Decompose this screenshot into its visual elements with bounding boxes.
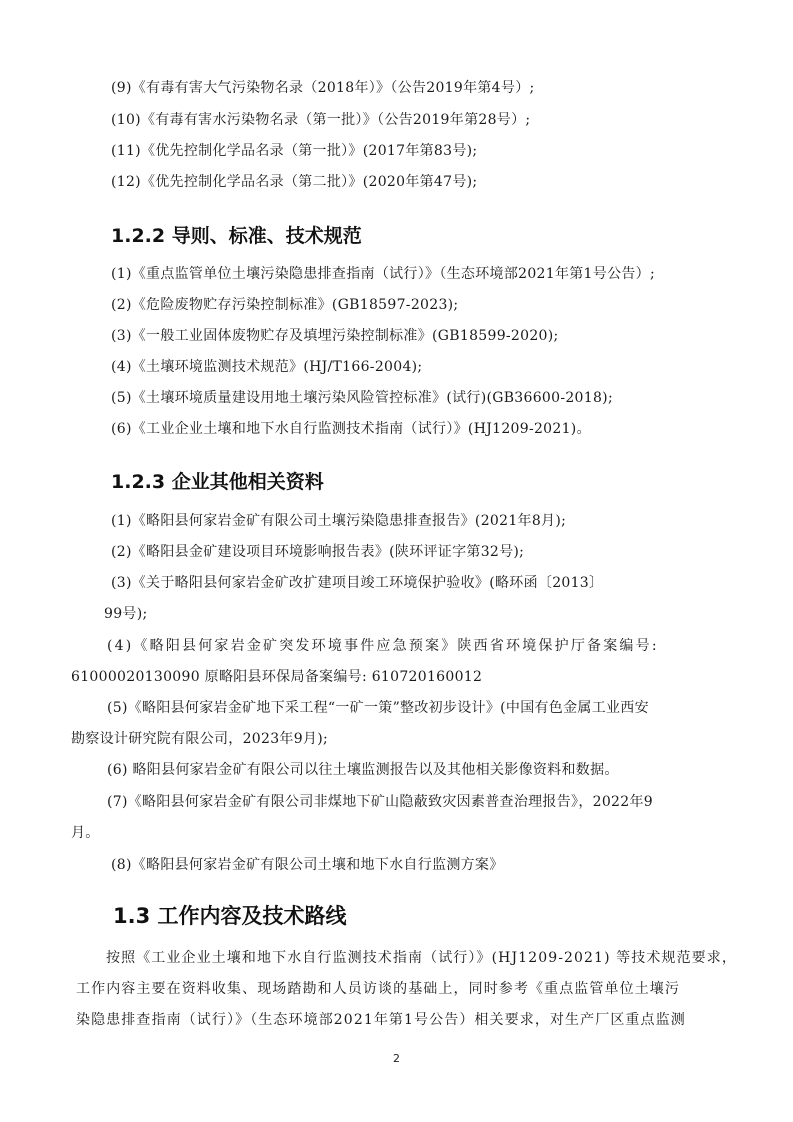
regulation-item-9: (9)《有毒有害大气污染物名录（2018年）》（公告2019年第4号）; (111, 78, 535, 98)
document-page: (9)《有毒有害大气污染物名录（2018年）》（公告2019年第4号）; (10… (0, 0, 793, 1122)
standard-item-1: (1)《重点监管单位土壤污染隐患排查指南（试行）》（生态环境部2021年第1号公… (111, 264, 655, 284)
regulation-item-12: (12)《优先控制化学品名录（第二批）》(2020年第47号); (111, 172, 477, 192)
standard-item-5: (5)《土壤环境质量建设用地土壤污染风险管控标准》(试行)(GB36600-20… (111, 388, 613, 408)
company-doc-item-4: (4)《略阳县何家岩金矿突发环境事件应急预案》陕西省环境保护厅备案编号: (107, 636, 659, 656)
section-heading-1-2-3: 1.2.3 企业其他相关资料 (111, 469, 324, 495)
paragraph-line-3: 染隐患排查指南（试行）》（生态环境部2021年第1号公告）相关要求，对生产厂区重… (76, 1010, 686, 1030)
standard-item-6: (6)《工业企业土壤和地下水自行监测技术指南（试行）》(HJ1209-2021)… (111, 419, 591, 439)
company-doc-item-5-cont: 勘察设计研究院有限公司，2023年9月); (71, 729, 328, 749)
company-doc-item-3-cont: 99号); (104, 604, 148, 624)
paragraph-line-1: 按照《工业企业土壤和地下水自行监测技术指南（试行）》(HJ1209-2021) … (106, 948, 737, 968)
company-doc-item-7-cont: 月。 (71, 823, 100, 843)
company-doc-item-2: (2)《略阳县金矿建设项目环境影响报告表》(陕环评证字第32号); (111, 542, 524, 562)
section-heading-1-2-2: 1.2.2 导则、标准、技术规范 (111, 223, 362, 249)
page-number: 2 (393, 1052, 400, 1065)
paragraph-line-2: 工作内容主要在资料收集、现场踏勘和人员访谈的基础上，同时参考《重点监管单位土壤污 (76, 979, 680, 999)
company-doc-item-1: (1)《略阳县何家岩金矿有限公司土壤污染隐患排查报告》(2021年8月); (111, 511, 566, 531)
section-heading-1-3: 1.3 工作内容及技术路线 (113, 903, 347, 929)
company-doc-item-7: (7)《略阳县何家岩金矿有限公司非煤地下矿山隐蔽致灾因素普查治理报告》，2022… (107, 792, 653, 812)
company-doc-item-3: (3)《关于略阳县何家岩金矿改扩建项目竣工环境保护验收》(略环函〔2013〕 (111, 573, 603, 593)
standard-item-3: (3)《一般工业固体废物贮存及填埋污染控制标准》(GB18599-2020); (111, 326, 559, 346)
standard-item-2: (2)《危险废物贮存污染控制标准》(GB18597-2023); (111, 295, 458, 315)
standard-item-4: (4)《土壤环境监测技术规范》(HJ/T166-2004); (111, 357, 422, 377)
company-doc-item-5: (5)《略阳县何家岩金矿地下采工程“一矿一策”整改初步设计》(中国有色金属工业西… (107, 698, 649, 718)
company-doc-item-8: (8)《略阳县何家岩金矿有限公司土壤和地下水自行监测方案》 (111, 855, 504, 875)
company-doc-item-4-cont: 61000020130090 原略阳县环保局备案编号: 610720160012 (71, 667, 482, 687)
company-doc-item-6: (6) 略阳县何家岩金矿有限公司以往土壤监测报告以及其他相关影像资料和数据。 (107, 760, 619, 780)
regulation-item-11: (11)《优先控制化学品名录（第一批）》(2017年第83号); (111, 141, 477, 161)
regulation-item-10: (10)《有毒有害水污染物名录（第一批）》（公告2019年第28号）; (111, 110, 530, 130)
